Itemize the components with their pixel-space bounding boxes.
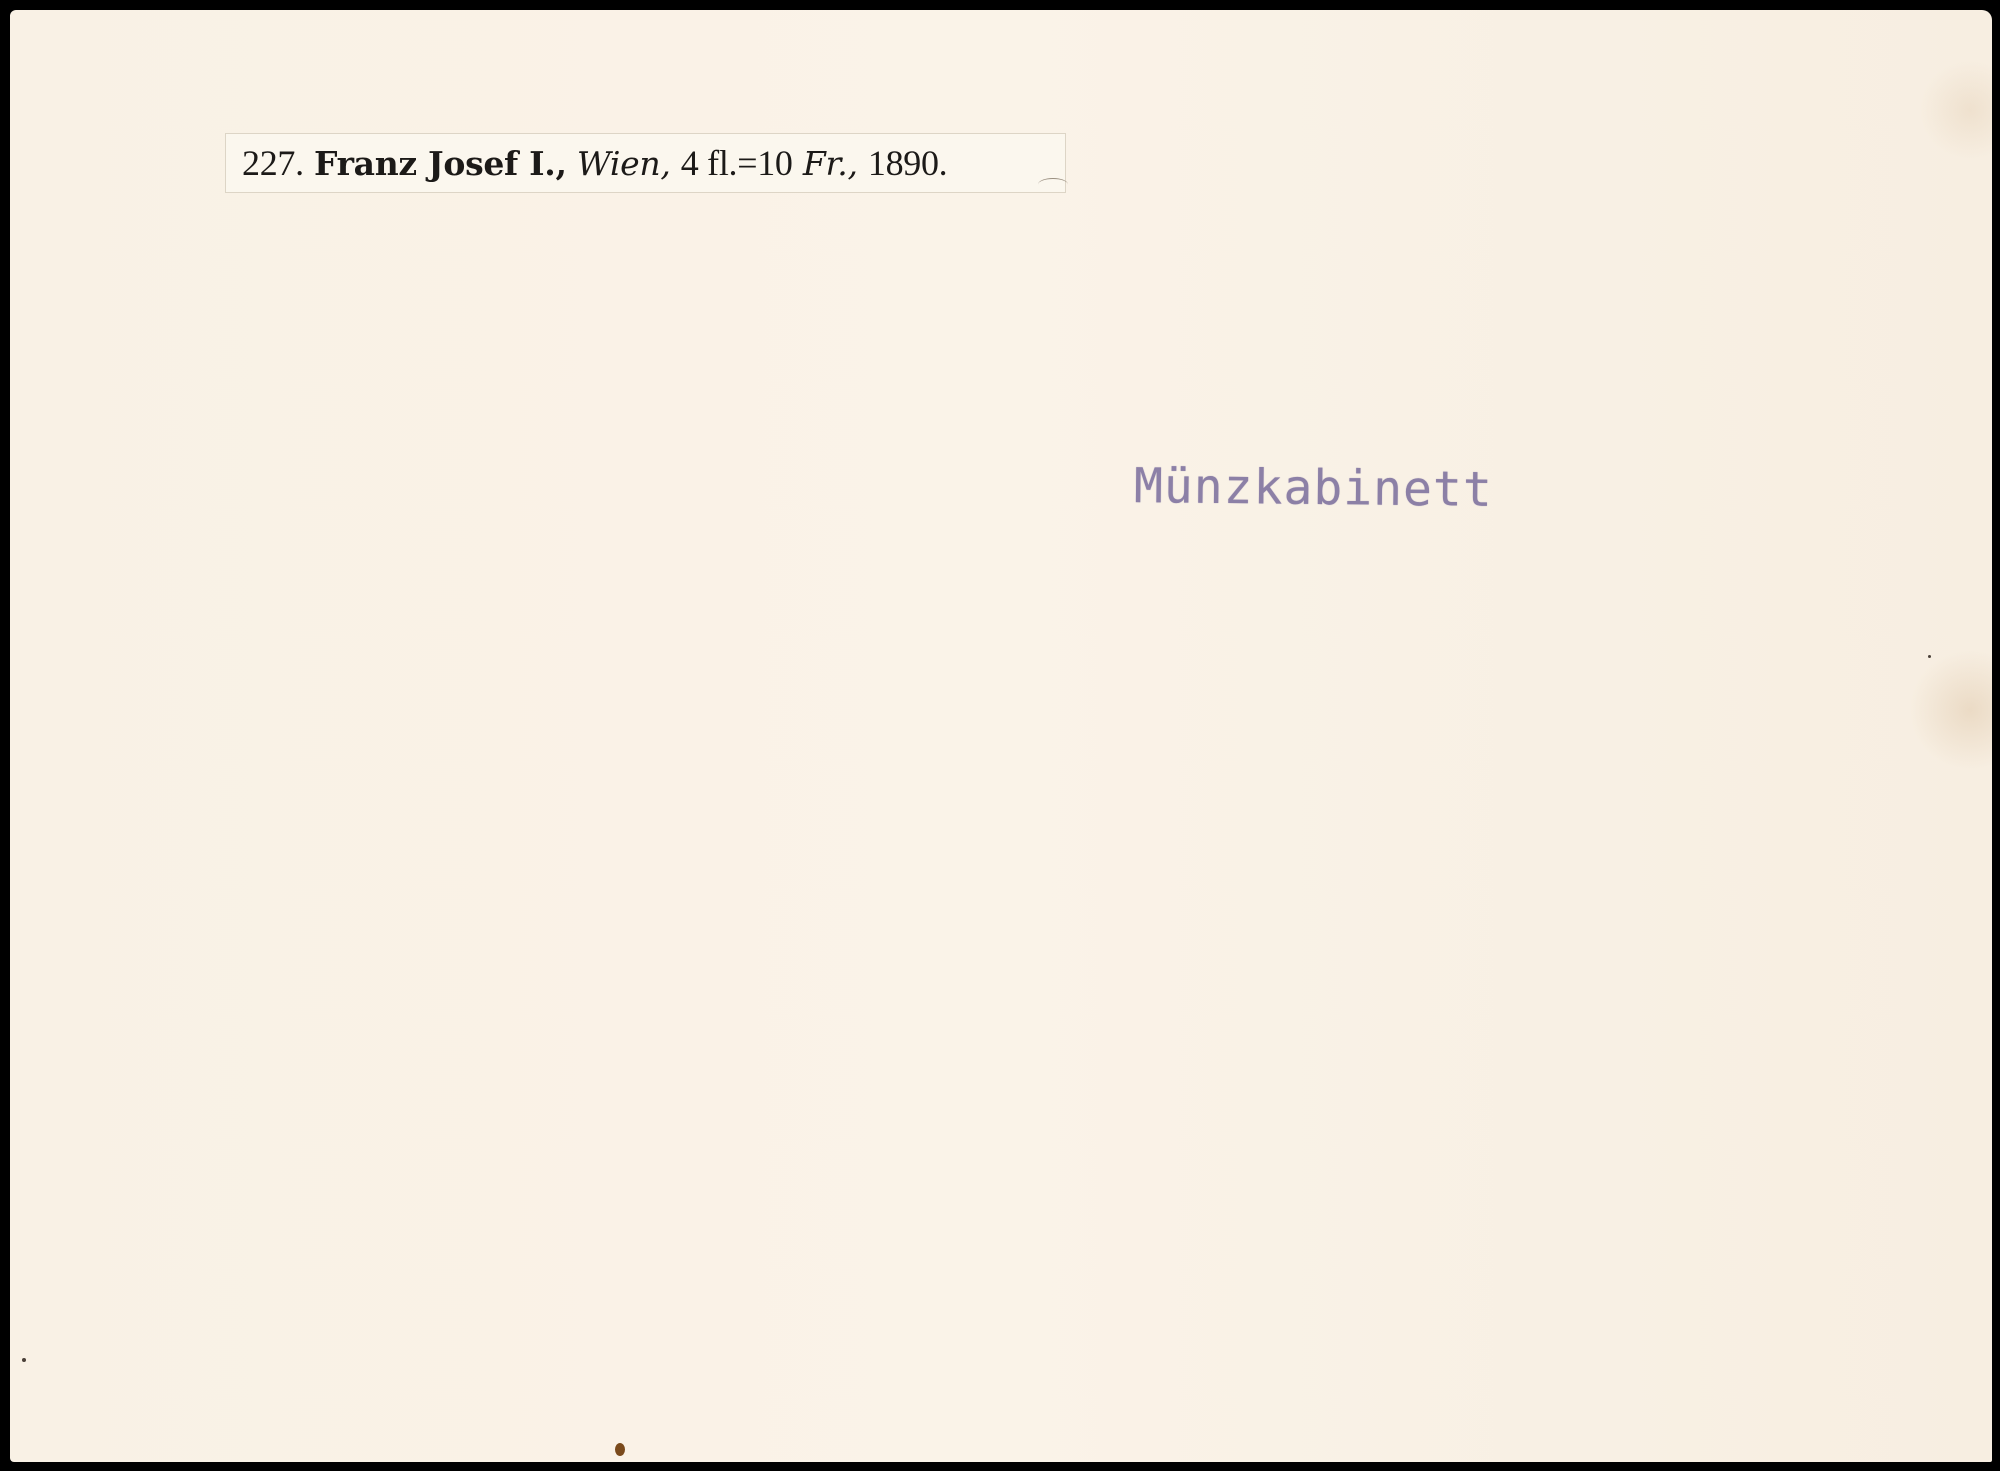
denomination: 4 fl.=10 [681, 142, 793, 184]
catalogue-card: 227. Franz Josef I., Wien, 4 fl.=10 Fr.,… [10, 10, 1992, 1462]
ink-stamp: Münzkabinett [1134, 458, 1493, 518]
catalogue-number: 227. [242, 142, 304, 184]
currency-abbr: Fr., [803, 144, 858, 183]
dirt-speck [22, 1358, 26, 1362]
printed-label: 227. Franz Josef I., Wien, 4 fl.=10 Fr.,… [225, 133, 1066, 193]
year: 1890. [868, 142, 948, 184]
label-torn-edge [1038, 178, 1068, 191]
brown-stain-mark [615, 1443, 625, 1456]
mint-place: Wien, [577, 144, 671, 183]
ruler-name: Franz Josef I., [314, 144, 567, 183]
dirt-speck [1928, 655, 1931, 658]
